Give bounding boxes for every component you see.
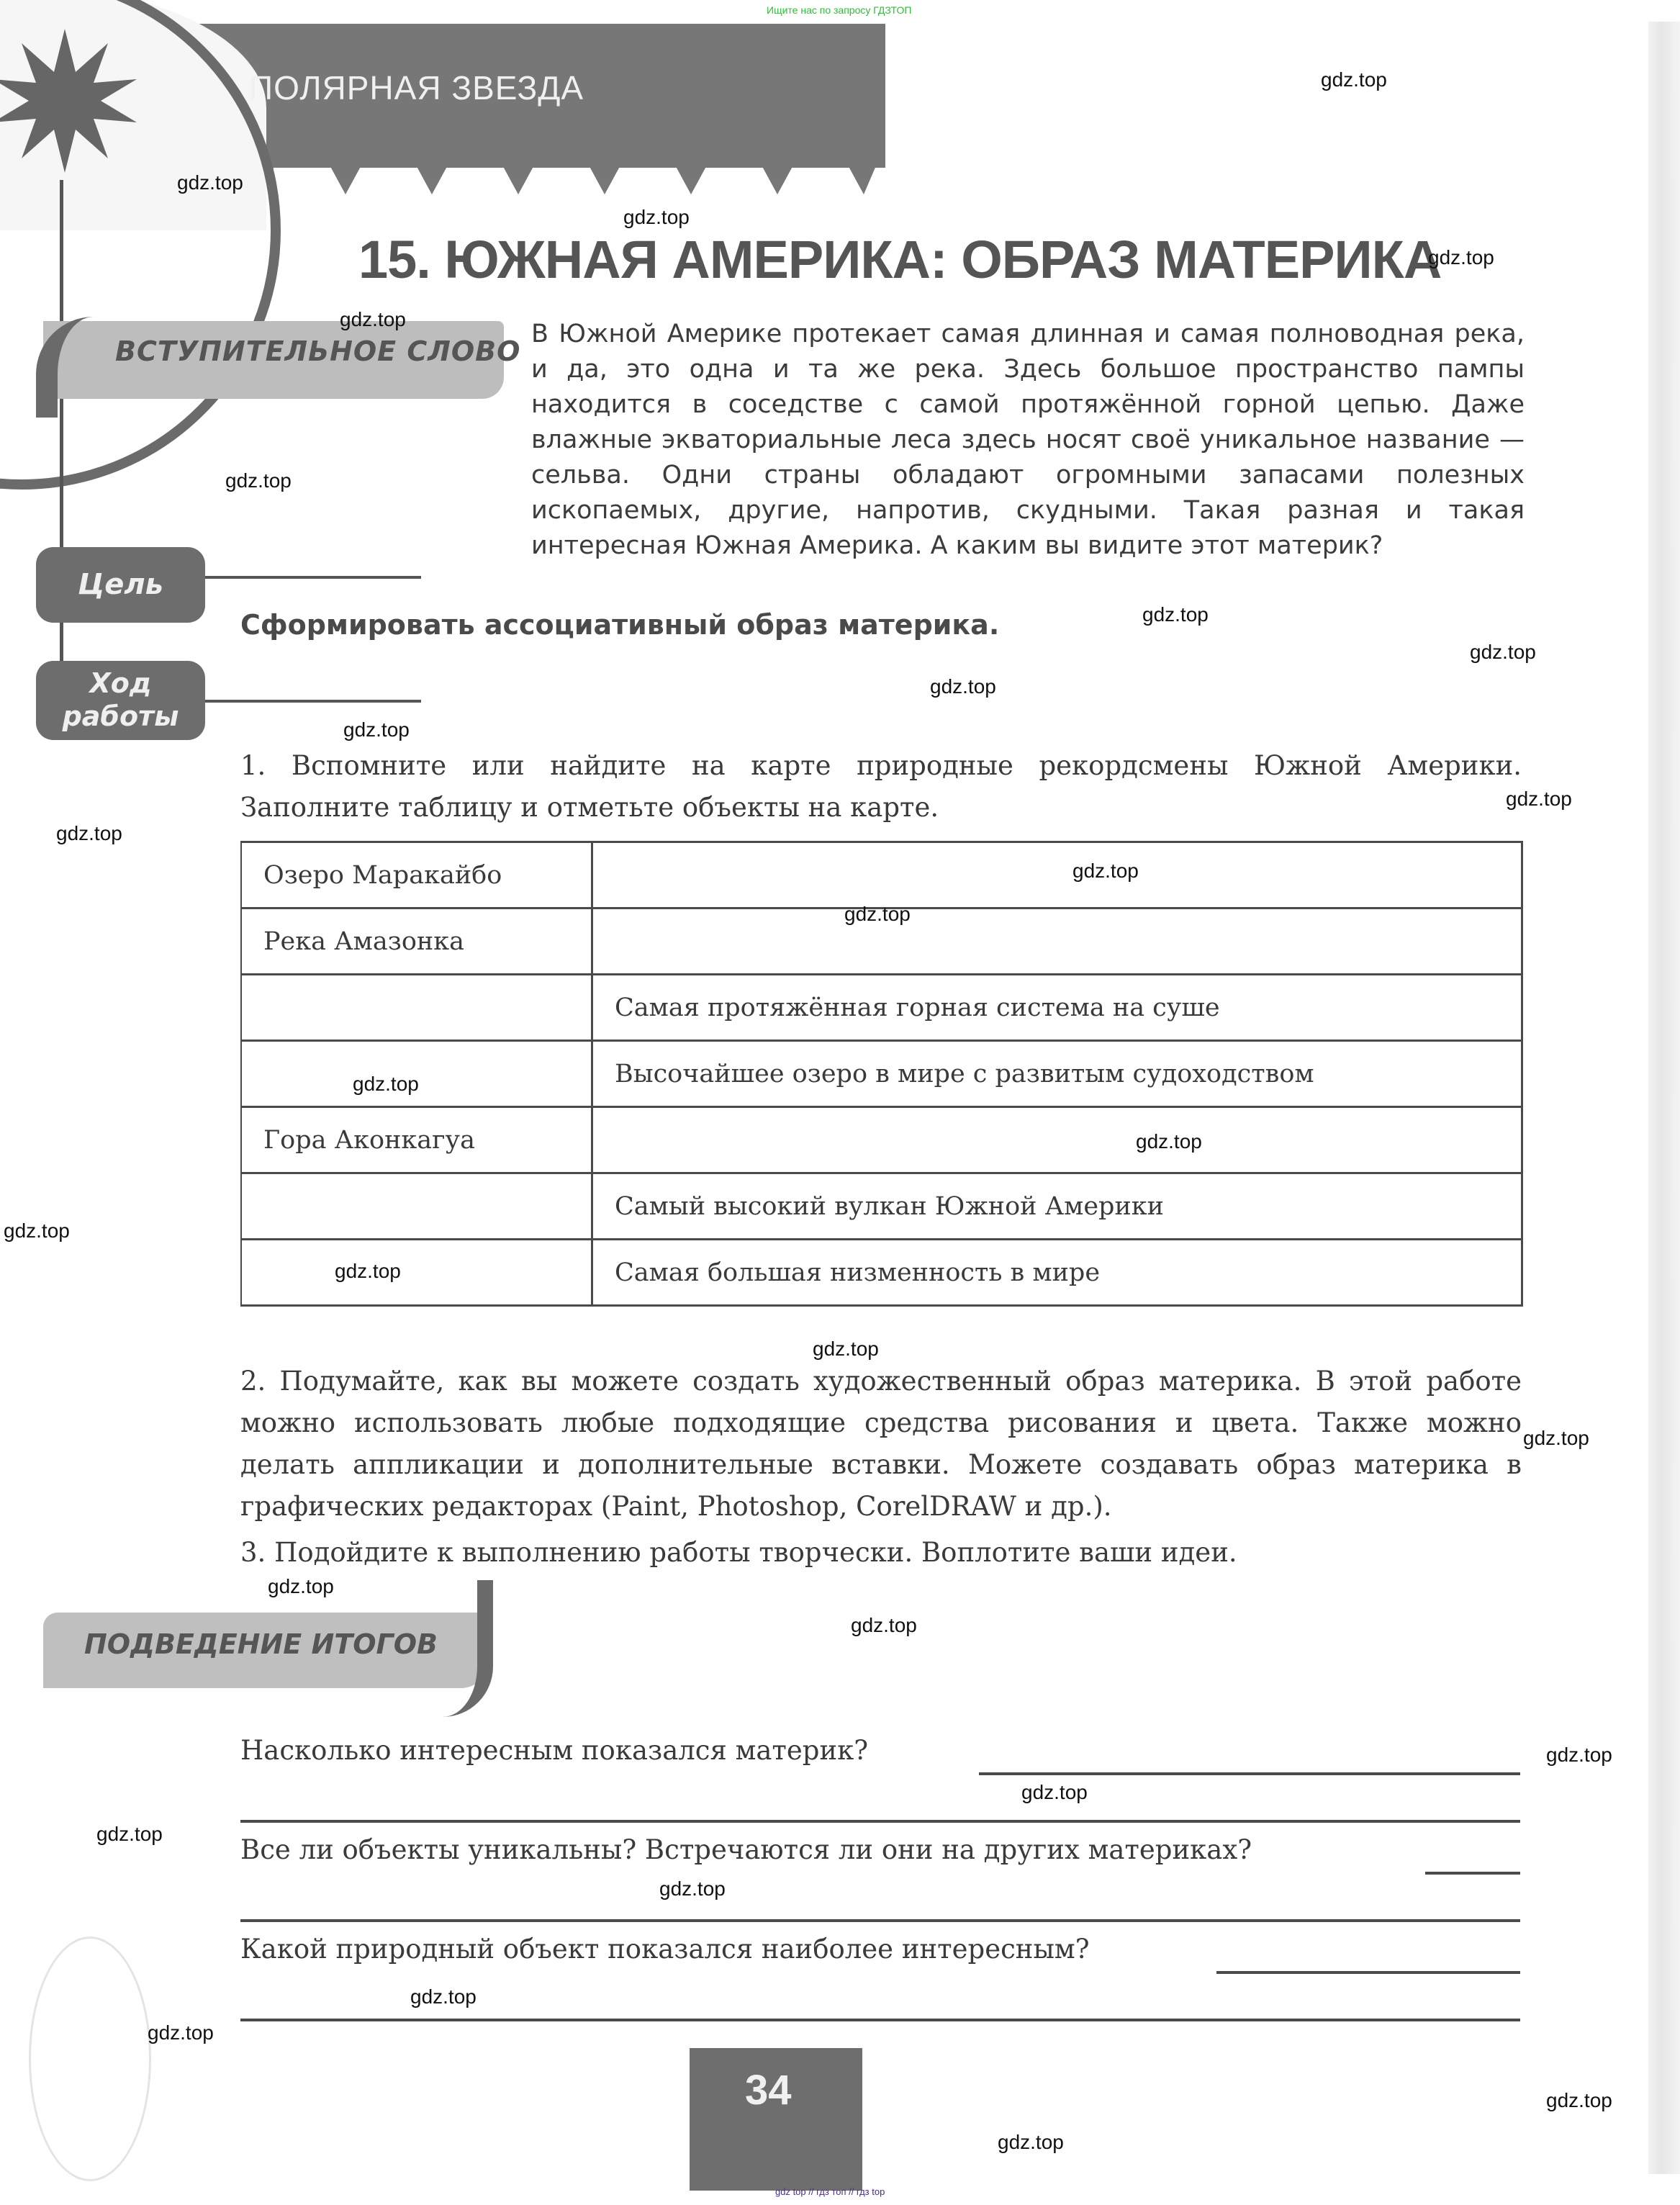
answer-line[interactable] [1425, 1872, 1520, 1875]
object-cell[interactable] [241, 975, 592, 1041]
watermark: gdz.top [1470, 641, 1536, 664]
series-title: ПОЛЯРНАЯ ЗВЕЗДА [249, 68, 584, 107]
record-cell[interactable]: Высочайшее озеро в мире с развитым судох… [592, 1041, 1522, 1107]
watermark: gdz.top [1523, 1427, 1589, 1450]
watermark: gdz.top [930, 675, 996, 698]
task-3: 3. Подойдите к выполнению работы творчес… [240, 1532, 1522, 1574]
watermark: gdz.top [998, 2131, 1064, 2154]
object-cell[interactable]: Гора Аконкагуа [241, 1107, 592, 1173]
watermark: gdz.top [56, 822, 122, 845]
watermark: gdz.top [340, 308, 406, 331]
page-number: 34 [745, 2066, 792, 2114]
watermark: gdz.top [410, 1985, 477, 2008]
work-badge-line1: Ход [36, 667, 205, 700]
answer-line[interactable] [979, 1772, 1520, 1775]
intro-paragraph: В Южной Америке протекает самая длинная … [531, 317, 1525, 564]
watermark: gdz.top [1546, 2089, 1612, 2112]
summary-swoosh-decoration [443, 1580, 493, 1717]
table-row: Самый высокий вулкан Южной Америки [241, 1173, 1522, 1240]
table-row: Самая протяжённая горная система на суше [241, 975, 1522, 1041]
table-row: Самая большая низменность в мире [241, 1240, 1522, 1306]
lesson-title: 15. ЮЖНАЯ АМЕРИКА: ОБРАЗ МАТЕРИКА [358, 229, 1441, 290]
polar-star-icon [0, 29, 137, 173]
object-cell[interactable] [241, 1173, 592, 1240]
record-cell[interactable] [592, 908, 1522, 975]
watermark: gdz.top [4, 1219, 70, 1243]
object-cell[interactable] [241, 1240, 592, 1306]
watermark: gdz.top [343, 718, 410, 741]
object-cell[interactable]: Река Амазонка [241, 908, 592, 975]
table-row: Высочайшее озеро в мире с развитым судох… [241, 1041, 1522, 1107]
answer-line[interactable] [240, 1820, 1520, 1823]
answer-line[interactable] [240, 1919, 1520, 1922]
record-cell[interactable]: Самая большая низменность в мире [592, 1240, 1522, 1306]
answer-line[interactable] [1216, 1971, 1520, 1974]
watermark: gdz.top [1321, 68, 1387, 91]
watermark: gdz.top [268, 1575, 334, 1598]
summary-question-1: Насколько интересным показался материк? [240, 1735, 868, 1766]
work-divider [205, 700, 421, 703]
footer-text: gdz top // гдз топ // гдз top [775, 2186, 885, 2197]
summary-question-3: Какой природный объект показался наиболе… [240, 1934, 1090, 1965]
goal-badge: Цель [36, 547, 205, 623]
watermark: gdz.top [353, 1073, 419, 1096]
watermark: gdz.top [623, 206, 690, 229]
answer-line[interactable] [240, 2019, 1520, 2021]
watermark: gdz.top [851, 1614, 917, 1637]
table-row: Озеро Маракайбо [241, 842, 1522, 908]
summary-question-2: Все ли объекты уникальны? Встречаются ли… [240, 1834, 1252, 1865]
goal-text: Сформировать ассоциативный образ материк… [240, 609, 999, 641]
task-1: 1. Вспомните или найдите на карте природ… [240, 745, 1522, 829]
watermark: gdz.top [813, 1338, 879, 1361]
watermark: gdz.top [96, 1823, 163, 1846]
table-row: Гора Аконкагуа [241, 1107, 1522, 1173]
intro-label: ВСТУПИТЕЛЬНОЕ СЛОВО [115, 335, 520, 367]
corner-circle-decoration [29, 1936, 151, 2181]
watermark: gdz.top [1428, 246, 1494, 269]
task-2: 2. Подумайте, как вы можете создать худо… [240, 1361, 1522, 1528]
watermark: gdz.top [1506, 788, 1572, 811]
object-cell[interactable]: Озеро Маракайбо [241, 842, 592, 908]
page-edge [1648, 22, 1680, 2174]
record-cell[interactable]: Самый высокий вулкан Южной Америки [592, 1173, 1522, 1240]
watermark: gdz.top [148, 2021, 214, 2044]
work-badge-line2: работы [36, 700, 205, 733]
record-cell[interactable] [592, 842, 1522, 908]
top-banner: Ищите нас по запросу ГДЗТОП [767, 4, 911, 16]
goal-divider [205, 576, 421, 579]
watermark: gdz.top [1021, 1781, 1088, 1804]
watermark: gdz.top [844, 903, 911, 926]
watermark: gdz.top [1142, 603, 1209, 626]
watermark: gdz.top [177, 171, 243, 194]
watermark: gdz.top [225, 469, 292, 492]
watermark: gdz.top [1546, 1744, 1612, 1767]
watermark: gdz.top [335, 1260, 401, 1283]
summary-label: ПОДВЕДЕНИЕ ИТОГОВ [84, 1628, 438, 1660]
watermark: gdz.top [1072, 860, 1139, 883]
record-cell[interactable] [592, 1107, 1522, 1173]
watermark: gdz.top [659, 1877, 726, 1900]
work-badge: Ход работы [36, 661, 205, 740]
section-guide-line [60, 180, 63, 727]
record-cell[interactable]: Самая протяжённая горная система на суше [592, 975, 1522, 1041]
watermark: gdz.top [1136, 1130, 1202, 1153]
